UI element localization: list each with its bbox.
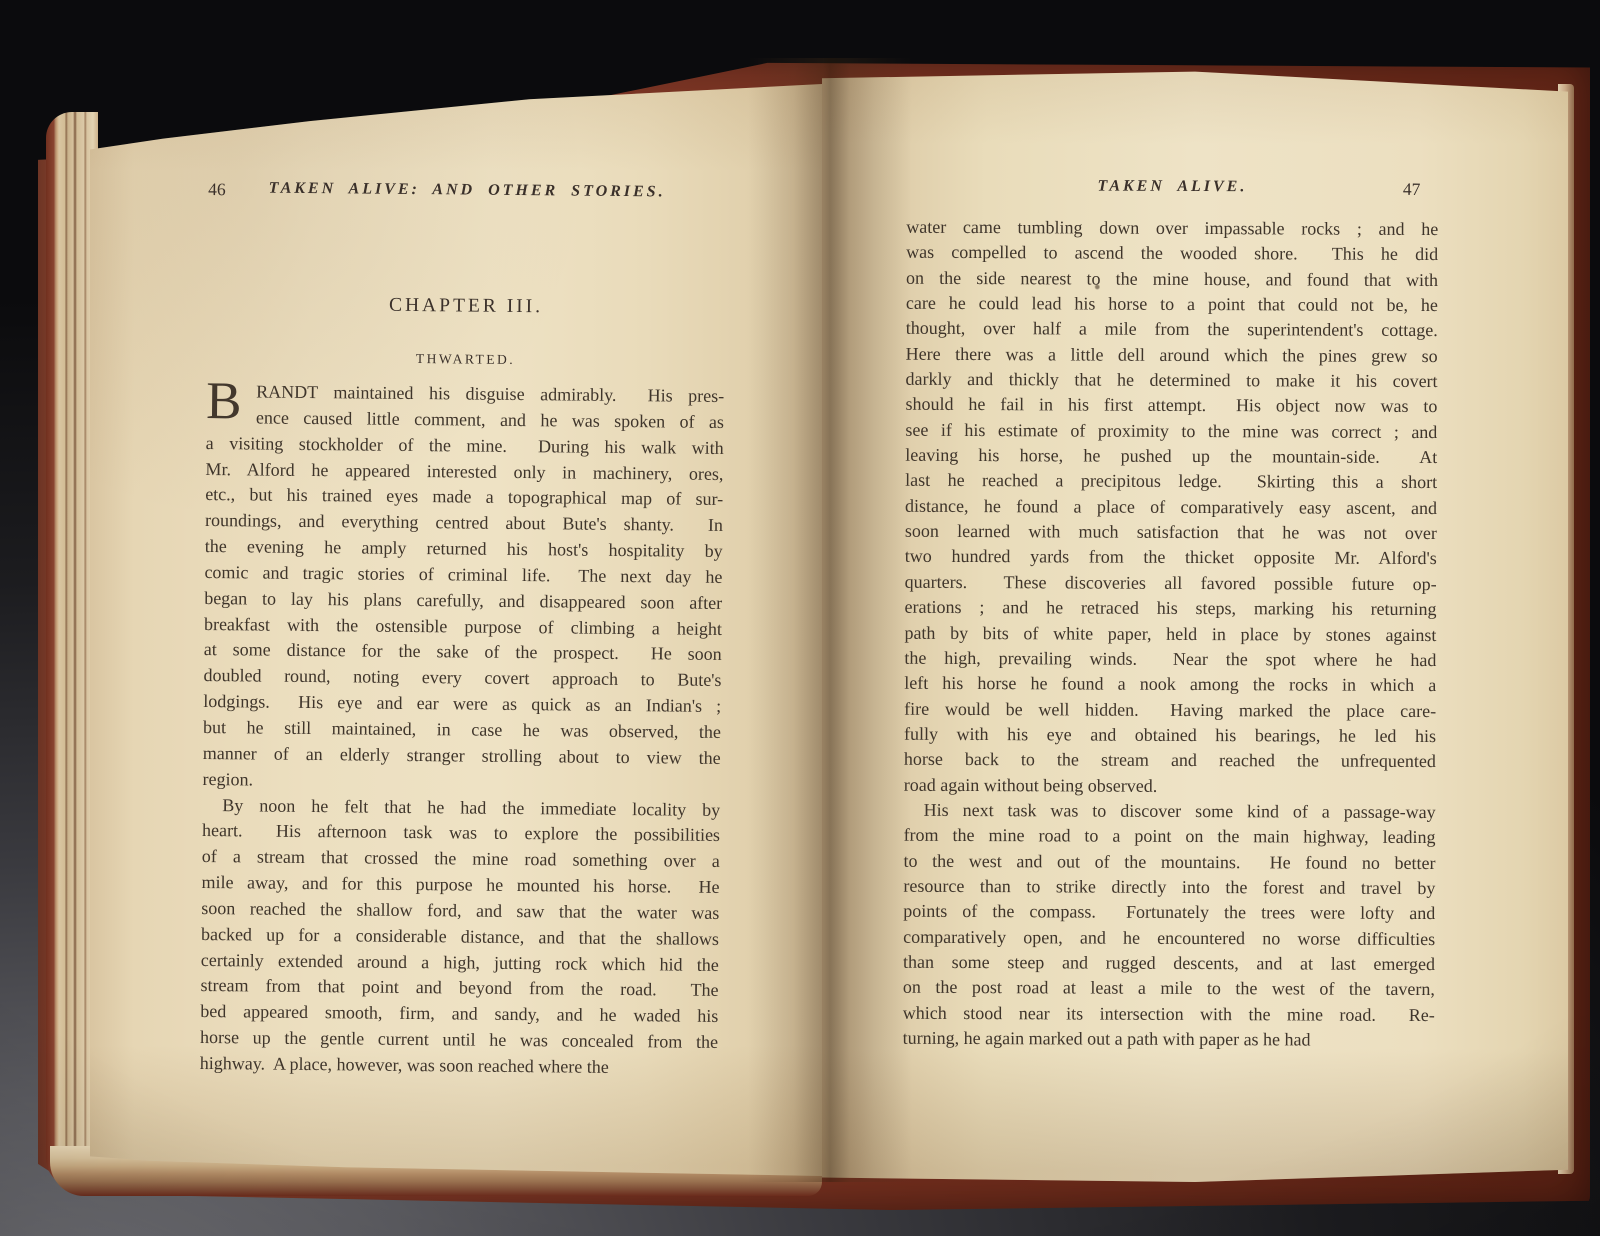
paragraph: By noon he felt that he had the immediat… <box>200 792 721 1081</box>
text-line: soon learned with much satisfaction that… <box>905 519 1437 547</box>
text-line: erations ; and he retraced his steps, ma… <box>905 595 1437 623</box>
page-number-left: 46 <box>208 179 226 200</box>
text-line: His next task was to discover some kind … <box>904 798 1436 826</box>
text-line: quarters. These discoveries all favored … <box>905 570 1437 598</box>
right-page-content: TAKEN ALIVE. 47 water came tumbling down… <box>819 64 1570 1183</box>
text-line: than some steep and rugged descents, and… <box>903 950 1435 978</box>
text-line: horse back to the stream and reached the… <box>904 747 1436 775</box>
paragraph: water came tumbling down over impassable… <box>904 215 1439 800</box>
text-line: the high, prevailing winds. Near the spo… <box>904 646 1436 674</box>
text-line: path by bits of white paper, held in pla… <box>904 620 1436 648</box>
running-header-left: 46 TAKEN ALIVE: AND OTHER STORIES. <box>208 179 726 202</box>
text-line: see if his estimate of proximity to the … <box>905 417 1437 445</box>
text-line: resource than to strike directly into th… <box>903 874 1435 902</box>
left-page-body: B RANDT maintained his disguise admirabl… <box>200 379 725 1082</box>
text-line: Here there was a little dell around whic… <box>906 341 1438 369</box>
text-line: thought, over half a mile from the super… <box>906 316 1438 344</box>
text-line: two hundred yards from the thicket oppos… <box>905 544 1437 572</box>
text-line: darkly and thickly that he determined to… <box>906 367 1438 395</box>
text-line: fully with his eye and obtained his bear… <box>904 722 1436 750</box>
text-line: which stood near its intersection with t… <box>903 1000 1435 1028</box>
right-page: TAKEN ALIVE. 47 water came tumbling down… <box>822 66 1568 1182</box>
text-line: from the mine road to a point on the mai… <box>904 823 1436 851</box>
text-line: distance, he found a place of comparativ… <box>905 494 1437 522</box>
chapter-subtitle: THWARTED. <box>206 349 724 370</box>
text-line: turning, he again marked out a path with… <box>903 1026 1435 1054</box>
text-line: on the post road at least a mile to the … <box>903 975 1435 1003</box>
page-number-right: 47 <box>1403 179 1421 200</box>
left-page: 46 TAKEN ALIVE: AND OTHER STORIES. CHAPT… <box>90 84 822 1176</box>
paragraph: B RANDT maintained his disguise admirabl… <box>202 379 724 797</box>
text-line: should he fail in his first attempt. His… <box>905 392 1437 420</box>
text-line: highway. A place, however, was soon reac… <box>200 1051 718 1082</box>
running-header-right: TAKEN ALIVE. 47 <box>906 177 1438 197</box>
paragraph: His next task was to discover some kind … <box>903 798 1436 1054</box>
right-page-body: water came tumbling down over impassable… <box>903 215 1439 1054</box>
running-title-right: TAKEN ALIVE. <box>1097 178 1247 196</box>
drop-cap: B <box>206 376 242 426</box>
text-line: fire would be well hidden. Having marked… <box>904 696 1436 724</box>
text-line: manner of an elderly stranger strolling … <box>203 741 721 772</box>
text-line: water came tumbling down over impassable… <box>906 215 1438 243</box>
text-line: last he reached a precipitous ledge. Ski… <box>905 468 1437 496</box>
chapter-heading: CHAPTER III. <box>207 293 725 320</box>
running-title-left: TAKEN ALIVE: AND OTHER STORIES. <box>269 180 666 201</box>
text-line: leaving his horse, he pushed up the moun… <box>905 443 1437 471</box>
text-line: on the side nearest to the mine house, a… <box>906 265 1438 293</box>
text-line: care he could lead his horse to a point … <box>906 291 1438 319</box>
photo-background: 46 TAKEN ALIVE: AND OTHER STORIES. CHAPT… <box>0 0 1600 1236</box>
text-line: comparatively open, and he encountered n… <box>903 924 1435 952</box>
text-line: to the west and out of the mountains. He… <box>903 848 1435 876</box>
text-line: left his horse he found a nook among the… <box>904 671 1436 699</box>
left-page-content: 46 TAKEN ALIVE: AND OTHER STORIES. CHAPT… <box>84 82 826 1181</box>
text-line: road again without being observed. <box>904 772 1436 800</box>
text-line: was compelled to ascend the wooded shore… <box>906 240 1438 268</box>
text-line: points of the compass. Fortunately the t… <box>903 899 1435 927</box>
book: 46 TAKEN ALIVE: AND OTHER STORIES. CHAPT… <box>0 0 1600 1236</box>
